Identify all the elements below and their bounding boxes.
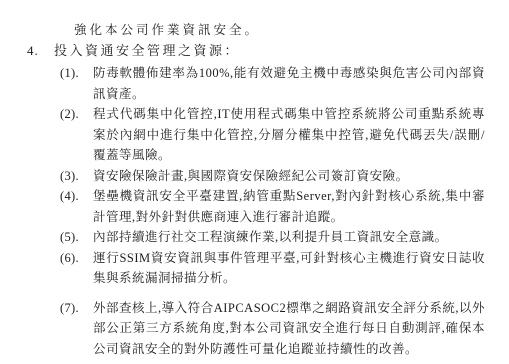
document-page: 強化本公司作業資訊安全。 4. 投入資通安全管理之資源： (1). 防毒軟體佈建… [0,0,509,364]
list-item: (6). 運行SSIM資安資訊與事件管理平臺,可針對核心主機進行資安日誌收集與系… [60,248,488,289]
intro-paragraph: 強化本公司作業資訊安全。 [74,20,260,40]
item-text: 資安險保險計畫,與國際資安保險經紀公司簽訂資安險。 [93,166,485,187]
section-number: 4. [27,41,39,61]
item-label: (6). [60,248,93,269]
list-item: (4). 堡壘機資訊安全平臺建置,納管重點Server,對內針對核心系統,集中審… [60,186,488,227]
item-text: 防毒軟體佈建率為100%,能有效避免主機中毒感染與危害公司內部資訊資產。 [93,63,485,104]
section-title: 投入資通安全管理之資源： [54,41,240,61]
item-text: 運行SSIM資安資訊與事件管理平臺,可針對核心主機進行資安日誌收集與系統漏洞掃描… [93,248,485,289]
item-label: (4). [60,186,93,207]
list-item: (5). 內部持續進行社交工程演練作業,以利提升員工資訊安全意識。 [60,227,488,248]
list-item: (7). 外部查核上,導入符合AIPCASOC2標準之網路資訊安全評分系統,以外… [60,298,488,360]
list-item: (2). 程式代碼集中化管控,IT使用程式碼集中管控系統將公司重點系統專案於內網… [60,104,488,166]
item-text: 外部查核上,導入符合AIPCASOC2標準之網路資訊安全評分系統,以外部公正第三… [93,298,485,360]
item-label: (3). [60,166,93,187]
resource-list: (1). 防毒軟體佈建率為100%,能有效避免主機中毒感染與危害公司內部資訊資產… [60,63,488,359]
list-item: (3). 資安險保險計畫,與國際資安保險經紀公司簽訂資安險。 [60,166,488,187]
item-text: 堡壘機資訊安全平臺建置,納管重點Server,對內針對核心系統,集中審計管理,對… [93,186,485,227]
item-text: 內部持續進行社交工程演練作業,以利提升員工資訊安全意識。 [93,227,485,248]
item-text: 程式代碼集中化管控,IT使用程式碼集中管控系統將公司重點系統專案於內網中進行集中… [93,104,485,166]
item-label: (1). [60,63,93,84]
item-label: (7). [60,298,93,319]
list-item: (1). 防毒軟體佈建率為100%,能有效避免主機中毒感染與危害公司內部資訊資產… [60,63,488,104]
item-label: (2). [60,104,93,125]
item-label: (5). [60,227,93,248]
